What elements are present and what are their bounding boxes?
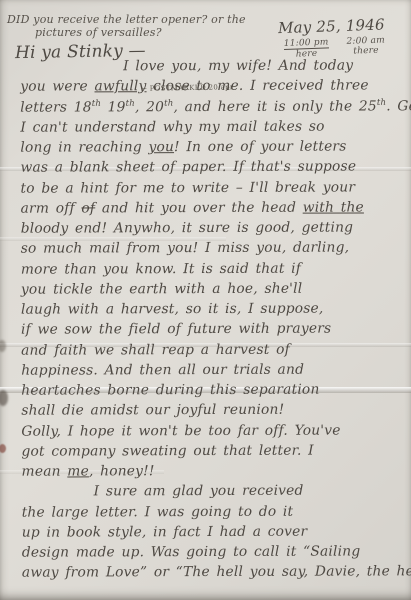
letter-line: Golly, I hope it won't be too far off. Y… [21,420,405,442]
letter-text: th [92,98,101,108]
letter-text: bloody end! Anywho, it sure is good, get… [21,220,354,237]
letter-text: long in reaching [20,139,148,155]
letter-text: I sure am glad you received [94,483,304,500]
letter-body: I love you, my wife! And todayyou were a… [20,55,406,583]
letter-text: , 20 [135,99,164,115]
letter-text: . Gee. [386,98,411,114]
letter-date: May 25, 1946 [278,15,404,37]
letter-text: you were [20,79,94,95]
letter-text: so much mail from you! I miss you, darli… [21,240,350,257]
letter-text: th [126,98,135,108]
letter-line: heartaches borne during this separation [21,379,405,401]
letter-text: to be a hint for me to write – I'll brea… [21,179,356,196]
letter-text: close to me. I received three [147,78,369,95]
letter-text: Golly, I hope it won't be too far off. Y… [21,422,340,439]
letter-line: to be a hint for me to write – I'll brea… [21,177,405,199]
letter-text: me [67,463,89,479]
letter-text: was a blank sheet of paper. If that's su… [20,159,356,176]
letter-line: and faith we shall reap a harvest of [21,339,405,361]
letter-text: you [148,139,174,155]
letter-text: awfully [94,78,146,94]
letter-line: you were awfully close to me. I received… [20,76,404,98]
letter-text: mean [22,464,68,480]
letter-line: so much mail from you! I miss you, darli… [21,238,405,260]
time-there-value: 2:00 am [346,35,385,46]
letter-line: if we sow the field of future with praye… [21,319,405,341]
letter-line: more than you know. It is said that if [21,258,405,280]
letter-text: ! In one of your letters [174,139,347,156]
letter-line: I can't understand why my mail takes so [20,116,404,138]
letter-page: DID you receive the letter opener? or th… [0,0,411,600]
letter-line: letters 18th 19th, 20th, and here it is … [20,96,404,118]
margin-note-line2: pictures of versailles? [7,26,252,39]
letter-text: I love you, my wife! And today [123,58,353,75]
letter-text: shall die amidst our joyful reunion! [21,402,284,419]
letter-text: , honey!! [89,463,155,479]
letter-line: the large letter. I was going to do it [22,501,406,523]
letter-line: I love you, my wife! And today [20,55,404,77]
letter-line: mean me, honey!! [21,460,405,482]
letter-text: letters 18 [20,99,92,115]
letter-line: away from Love” or “The hell you say, Da… [22,562,406,584]
letter-line: arm off of and hit you over the head wit… [21,197,405,219]
letter-text: heartaches borne during this separation [21,382,319,399]
letter-line: shall die amidst our joyful reunion! [21,400,405,422]
letter-text: got company sweating out that letter. I [21,442,313,459]
letter-text: with the [303,199,364,215]
letter-text: if we sow the field of future with praye… [21,321,331,338]
letter-line: bloody end! Anywho, it sure is good, get… [21,217,405,239]
letter-text: happiness. And then all our trials and [21,361,304,378]
letter-line: long in reaching you! In one of your let… [20,136,404,158]
letter-text: design made up. Was going to call it “Sa… [22,543,361,560]
letter-text: away from Love” or “The hell you say, Da… [22,564,411,581]
margin-question-note: DID you receive the letter opener? or th… [7,13,252,39]
letter-line: happiness. And then all our trials and [21,359,405,381]
letter-line: design made up. Was going to call it “Sa… [22,541,406,563]
letter-text: the large letter. I was going to do it [22,503,294,520]
edge-smudge [0,390,8,406]
letter-text: of [81,200,95,216]
edge-smudge [0,444,6,453]
letter-text: and hit you over the head [95,199,302,216]
letter-text: and faith we shall reap a harvest of [21,341,290,358]
letter-text: arm off [21,200,82,216]
letter-text: th [164,98,173,108]
letter-line: got company sweating out that letter. I [21,440,405,462]
date-block: May 25, 1946 11:00 pm here 2:00 am there [278,17,403,58]
letter-text: you tickle the earth with a hoe, she'll [21,280,303,297]
letter-line: you tickle the earth with a hoe, she'll [21,278,405,300]
letter-line: I sure am glad you received [22,481,406,503]
letter-text: more than you know. It is said that if [21,260,301,277]
letter-text: th [377,97,386,107]
letter-line: up in book style, in fact I had a cover [22,521,406,543]
letter-text: 19 [101,99,126,115]
letter-line: was a blank sheet of paper. If that's su… [20,157,404,179]
edge-smudge [0,340,6,352]
letter-text: up in book style, in fact I had a cover [22,523,308,540]
margin-note-line1: DID you receive the letter opener? or th… [7,13,252,26]
letter-line: laugh with a harvest, so it is, I suppos… [21,298,405,320]
letter-text: , and here it is only the 25 [173,98,377,115]
letter-text: I can't understand why my mail takes so [20,118,324,135]
letter-text: laugh with a harvest, so it is, I suppos… [21,301,324,318]
